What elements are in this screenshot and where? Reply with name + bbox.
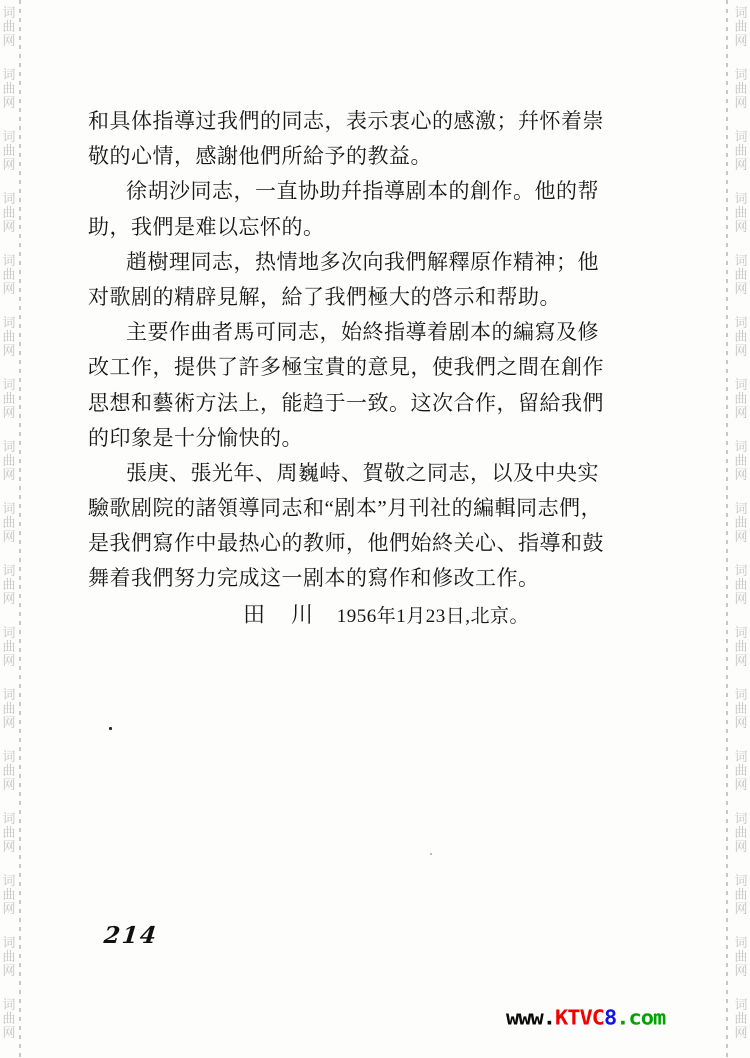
watermark-character: 词 xyxy=(2,936,15,950)
watermark-character: 词 xyxy=(734,130,747,144)
watermark-character: 网 xyxy=(2,654,15,668)
watermark-character: 网 xyxy=(2,282,15,296)
watermark-character: 词 xyxy=(734,874,747,888)
watermark-column-left: 词曲网词曲网词曲网词曲网词曲网词曲网词曲网词曲网词曲网词曲网词曲网词曲网词曲网词… xyxy=(1,6,17,1058)
watermark-character: 曲 xyxy=(734,330,747,344)
ink-speck xyxy=(109,727,112,730)
watermark-character: 词 xyxy=(734,254,747,268)
watermark-character: 网 xyxy=(2,1026,15,1040)
watermark-character: 网 xyxy=(734,530,747,544)
watermark-character: 网 xyxy=(2,592,15,606)
watermark-text-group: 词曲网 xyxy=(2,688,15,730)
watermark-character: 词 xyxy=(2,502,15,516)
scanned-book-page: 词曲网词曲网词曲网词曲网词曲网词曲网词曲网词曲网词曲网词曲网词曲网词曲网词曲网词… xyxy=(0,0,750,1058)
watermark-character: 曲 xyxy=(734,1012,747,1026)
site-watermark-url: www.KTVC8.com xyxy=(506,1007,665,1030)
watermark-character: 词 xyxy=(2,440,15,454)
watermark-character: 词 xyxy=(734,750,747,764)
watermark-character: 曲 xyxy=(2,268,15,282)
watermark-text-group: 词曲网 xyxy=(2,378,15,420)
watermark-character: 网 xyxy=(2,840,15,854)
watermark-character: 网 xyxy=(734,282,747,296)
watermark-character: 曲 xyxy=(2,950,15,964)
watermark-text-group: 词曲网 xyxy=(734,626,747,668)
text-line: 助，我們是难以忘怀的。 xyxy=(88,210,618,245)
watermark-character: 词 xyxy=(734,936,747,950)
watermark-character: 词 xyxy=(734,6,747,20)
watermark-character: 词 xyxy=(2,6,15,20)
watermark-character: 曲 xyxy=(734,20,747,34)
text-line: 敬的心情，感謝他們所給予的教益。 xyxy=(88,139,618,174)
watermark-character: 词 xyxy=(734,502,747,516)
watermark-text-group: 词曲网 xyxy=(734,254,747,296)
watermark-character: 网 xyxy=(734,158,747,172)
watermark-text-group: 词曲网 xyxy=(734,936,747,978)
watermark-character: 词 xyxy=(2,378,15,392)
text-line: 驗歌剧院的諸領導同志和“剧本”月刊社的編輯同志們， xyxy=(88,491,618,526)
watermark-text-group: 词曲网 xyxy=(734,688,747,730)
watermark-character: 词 xyxy=(734,316,747,330)
watermark-character: 曲 xyxy=(734,144,747,158)
watermark-character: 网 xyxy=(2,964,15,978)
ink-speck xyxy=(430,853,432,855)
margin-dashed-line-left xyxy=(19,0,21,1058)
watermark-character: 网 xyxy=(734,96,747,110)
watermark-character: 曲 xyxy=(734,826,747,840)
watermark-character: 网 xyxy=(2,158,15,172)
watermark-character: 曲 xyxy=(2,206,15,220)
site-url-segment: 8 xyxy=(604,1007,616,1030)
watermark-character: 曲 xyxy=(734,206,747,220)
text-line: 主要作曲者馬可同志，始終指導着剧本的編寫及修 xyxy=(88,315,618,350)
watermark-text-group: 词曲网 xyxy=(2,6,15,48)
watermark-text-group: 词曲网 xyxy=(2,564,15,606)
page-body: 和具体指導过我們的同志，表示衷心的感激；幷怀着崇敬的心情，感謝他們所給予的教益。… xyxy=(88,104,618,632)
watermark-character: 网 xyxy=(2,34,15,48)
site-url-segment: .com xyxy=(616,1007,665,1030)
text-line: 思想和藝術方法上，能趋于一致。这次合作，留給我們 xyxy=(88,386,618,421)
watermark-character: 词 xyxy=(2,812,15,826)
watermark-character: 词 xyxy=(734,68,747,82)
watermark-character: 网 xyxy=(734,654,747,668)
watermark-character: 曲 xyxy=(2,640,15,654)
watermark-character: 词 xyxy=(2,688,15,702)
watermark-column-right: 词曲网词曲网词曲网词曲网词曲网词曲网词曲网词曲网词曲网词曲网词曲网词曲网词曲网词… xyxy=(733,6,749,1058)
watermark-character: 网 xyxy=(734,964,747,978)
watermark-character: 词 xyxy=(734,192,747,206)
watermark-character: 词 xyxy=(734,688,747,702)
watermark-character: 曲 xyxy=(2,578,15,592)
watermark-character: 网 xyxy=(2,344,15,358)
watermark-character: 词 xyxy=(2,626,15,640)
watermark-character: 曲 xyxy=(734,392,747,406)
watermark-text-group: 词曲网 xyxy=(734,68,747,110)
text-line: 趙樹理同志，热情地多次向我們解釋原作精神；他 xyxy=(88,245,618,280)
watermark-text-group: 词曲网 xyxy=(2,502,15,544)
watermark-character: 词 xyxy=(2,192,15,206)
watermark-character: 网 xyxy=(734,592,747,606)
watermark-character: 曲 xyxy=(2,20,15,34)
watermark-character: 曲 xyxy=(734,950,747,964)
watermark-text-group: 词曲网 xyxy=(2,192,15,234)
text-line: 的印象是十分愉快的。 xyxy=(88,421,618,456)
watermark-character: 网 xyxy=(2,220,15,234)
watermark-character: 词 xyxy=(2,68,15,82)
watermark-text-group: 词曲网 xyxy=(734,750,747,792)
watermark-character: 网 xyxy=(2,902,15,916)
watermark-character: 网 xyxy=(734,220,747,234)
watermark-text-group: 词曲网 xyxy=(734,998,747,1040)
watermark-character: 曲 xyxy=(2,702,15,716)
watermark-character: 曲 xyxy=(734,516,747,530)
watermark-character: 曲 xyxy=(734,454,747,468)
watermark-character: 词 xyxy=(2,874,15,888)
watermark-character: 曲 xyxy=(734,268,747,282)
watermark-character: 词 xyxy=(2,130,15,144)
paragraph-container: 和具体指導过我們的同志，表示衷心的感激；幷怀着崇敬的心情，感謝他們所給予的教益。… xyxy=(88,104,618,597)
watermark-text-group: 词曲网 xyxy=(734,812,747,854)
watermark-text-group: 词曲网 xyxy=(2,998,15,1040)
text-line: 是我們寫作中最热心的教师，他們始終关心、指導和鼓 xyxy=(88,526,618,561)
watermark-character: 曲 xyxy=(2,392,15,406)
signature-date: 1956年1月23日,北京。 xyxy=(337,606,529,627)
watermark-text-group: 词曲网 xyxy=(2,316,15,358)
watermark-character: 网 xyxy=(734,1026,747,1040)
watermark-character: 网 xyxy=(2,468,15,482)
text-line: 和具体指導过我們的同志，表示衷心的感激；幷怀着崇 xyxy=(88,104,618,139)
watermark-text-group: 词曲网 xyxy=(734,316,747,358)
watermark-character: 词 xyxy=(2,998,15,1012)
watermark-text-group: 词曲网 xyxy=(734,502,747,544)
watermark-character: 曲 xyxy=(734,764,747,778)
watermark-character: 网 xyxy=(734,716,747,730)
text-line: 对歌剧的精辟見解，給了我們極大的啓示和帮助。 xyxy=(88,280,618,315)
signature-line: 田 川 1956年1月23日,北京。 xyxy=(88,597,618,632)
watermark-character: 词 xyxy=(2,564,15,578)
watermark-text-group: 词曲网 xyxy=(2,750,15,792)
watermark-character: 词 xyxy=(2,316,15,330)
watermark-character: 词 xyxy=(734,378,747,392)
watermark-character: 曲 xyxy=(734,578,747,592)
watermark-text-group: 词曲网 xyxy=(734,564,747,606)
watermark-character: 词 xyxy=(2,254,15,268)
watermark-text-group: 词曲网 xyxy=(734,378,747,420)
watermark-character: 网 xyxy=(734,778,747,792)
watermark-text-group: 词曲网 xyxy=(2,440,15,482)
watermark-character: 曲 xyxy=(2,82,15,96)
watermark-character: 网 xyxy=(734,902,747,916)
watermark-text-group: 词曲网 xyxy=(734,130,747,172)
watermark-character: 网 xyxy=(734,468,747,482)
watermark-character: 网 xyxy=(734,840,747,854)
watermark-text-group: 词曲网 xyxy=(2,936,15,978)
page-number: 214 xyxy=(103,922,160,949)
watermark-character: 网 xyxy=(734,344,747,358)
watermark-text-group: 词曲网 xyxy=(2,130,15,172)
watermark-text-group: 词曲网 xyxy=(734,440,747,482)
watermark-text-group: 词曲网 xyxy=(2,254,15,296)
watermark-character: 词 xyxy=(734,564,747,578)
watermark-character: 曲 xyxy=(734,702,747,716)
watermark-character: 网 xyxy=(2,406,15,420)
watermark-text-group: 词曲网 xyxy=(2,626,15,668)
watermark-character: 网 xyxy=(734,406,747,420)
watermark-character: 曲 xyxy=(734,82,747,96)
text-line: 張庚、張光年、周巍峙、賀敬之同志，以及中央实 xyxy=(88,456,618,491)
watermark-character: 网 xyxy=(734,34,747,48)
site-url-segment: www. xyxy=(506,1007,555,1030)
watermark-character: 曲 xyxy=(2,1012,15,1026)
watermark-character: 曲 xyxy=(2,764,15,778)
site-url-segment: KTVC xyxy=(555,1007,604,1030)
watermark-character: 曲 xyxy=(734,640,747,654)
text-line: 徐胡沙同志，一直协助幷指導剧本的創作。他的帮 xyxy=(88,174,618,209)
watermark-text-group: 词曲网 xyxy=(2,812,15,854)
text-line: 改工作，提供了許多極宝貴的意見，使我們之間在創作 xyxy=(88,350,618,385)
watermark-character: 词 xyxy=(734,440,747,454)
watermark-text-group: 词曲网 xyxy=(734,874,747,916)
watermark-text-group: 词曲网 xyxy=(2,68,15,110)
watermark-character: 词 xyxy=(734,812,747,826)
watermark-character: 曲 xyxy=(2,454,15,468)
watermark-character: 网 xyxy=(2,778,15,792)
watermark-character: 曲 xyxy=(734,888,747,902)
margin-dashed-line-right xyxy=(726,0,728,1058)
watermark-character: 词 xyxy=(2,750,15,764)
author-name: 田 川 xyxy=(243,602,315,627)
watermark-character: 曲 xyxy=(2,888,15,902)
watermark-character: 词 xyxy=(734,998,747,1012)
watermark-character: 曲 xyxy=(2,330,15,344)
watermark-text-group: 词曲网 xyxy=(734,192,747,234)
watermark-character: 网 xyxy=(2,96,15,110)
watermark-character: 网 xyxy=(2,716,15,730)
watermark-text-group: 词曲网 xyxy=(2,874,15,916)
watermark-character: 曲 xyxy=(2,826,15,840)
watermark-text-group: 词曲网 xyxy=(734,6,747,48)
watermark-character: 曲 xyxy=(2,516,15,530)
watermark-character: 词 xyxy=(734,626,747,640)
text-line: 舞着我們努力完成这一剧本的寫作和修改工作。 xyxy=(88,561,618,596)
watermark-character: 网 xyxy=(2,530,15,544)
watermark-character: 曲 xyxy=(2,144,15,158)
